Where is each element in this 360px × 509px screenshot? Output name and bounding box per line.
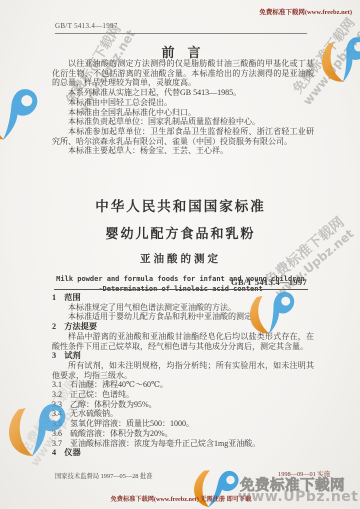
- section-3-item: 3.5 氢氧化钾溶液：质量比500：1000。: [52, 419, 314, 429]
- section-4-heading: 4 仪器: [52, 448, 314, 458]
- standard-number: GB/T 5413.4—1997: [231, 277, 307, 287]
- section-3-item: 3.4 无水硫酸钠。: [52, 409, 314, 419]
- header-rule: [55, 33, 307, 34]
- section-3-paragraph: 所有试剂，如未注明规格，均指分析纯；所有实验用水，如未注明其他要求，均指三级水。: [52, 361, 314, 380]
- section-2-paragraph: 样品中游离的亚油酸和亚油酸甘油酯经皂化后均以盐类形式存在，在酸性条件下用正己烷萃…: [52, 332, 314, 351]
- implementation-date: 1998—09—01 实施: [278, 469, 330, 478]
- section-1-paragraph: 本标准适用于婴幼儿配方食品和乳粉中亚油酸的测定。: [52, 312, 314, 322]
- foreword-paragraph: 本标准主要起草人：杨金宝、王芸、王心祥。: [52, 146, 314, 156]
- sections: 1 范围 本标准规定了用气相色谱法测定亚油酸的方法。 本标准适用于婴幼儿配方食品…: [52, 293, 314, 458]
- up-logo-icon: [0, 83, 45, 144]
- section-3-item: 3.7 亚油酸标准溶液：浓度为每毫升正己烷含1mg亚油酸。: [52, 439, 314, 449]
- up-logo-icon: [311, 32, 360, 89]
- national-standard-label: 中华人民共和国国家标准: [54, 195, 307, 215]
- section-3-item: 3.2 正己烷：色谱纯。: [52, 390, 314, 400]
- top-right-site-note: 免费标准下载网(www.freebz.net): [259, 7, 352, 16]
- title-rule: [54, 289, 308, 290]
- section-3-item: 3.6 硫酸溶液：体积分数为20%。: [52, 429, 314, 439]
- document-title-cn: 婴幼儿配方食品和乳粉: [54, 223, 307, 242]
- foreword-paragraph: 本标准由全国乳品标准化中心归口。: [52, 108, 314, 118]
- section-2-heading: 2 方法提要: [52, 322, 314, 332]
- approval-line: 国家技术监督局 1997—05—28 批准: [55, 471, 153, 480]
- bottom-site-note: 免费标准下载网(www.freebz.net) 无需注册 即可下载: [55, 494, 307, 503]
- foreword-paragraph: 本标准参加起草单位：卫生部食品卫生监督检验所、浙江省轻工业研究所、哈尔滨森永乳品…: [52, 127, 314, 146]
- section-3-item: 3.1 石油醚：沸程40℃～60℃。: [52, 380, 314, 390]
- foreword-paragraph: 本标准负责起草单位：国家乳制品质量监督检验中心。: [52, 117, 314, 127]
- foreword-body: 以往亚油酸的测定方法测得的仅是脂肪酸甘油三酸酯的甲基化或丁基化衍生物，不包括游离…: [52, 59, 314, 156]
- section-1-heading: 1 范围: [52, 293, 314, 303]
- section-3-heading: 3 试剂: [52, 351, 314, 361]
- foreword-paragraph: 本标准由中国轻工总会提出。: [52, 98, 314, 108]
- foreword-paragraph: 本系列标准从实施之日起，代替GB 5413—1985。: [52, 88, 314, 98]
- section-3-item: 3.3 乙醇：体积分数为95%。: [52, 400, 314, 410]
- standard-document-page: GB/T 5413.4—1997 免费标准下载网(www.freebz.net)…: [0, 0, 360, 509]
- header-standard-number: GB/T 5413.4—1997: [55, 22, 118, 30]
- foreword-paragraph: 以往亚油酸的测定方法测得的仅是脂肪酸甘油三酸酯的甲基化或丁基化衍生物，不包括游离…: [52, 59, 314, 88]
- document-subtitle-cn: 亚油酸的测定: [54, 251, 307, 266]
- section-1-paragraph: 本标准规定了用气相色谱法测定亚油酸的方法。: [52, 303, 314, 313]
